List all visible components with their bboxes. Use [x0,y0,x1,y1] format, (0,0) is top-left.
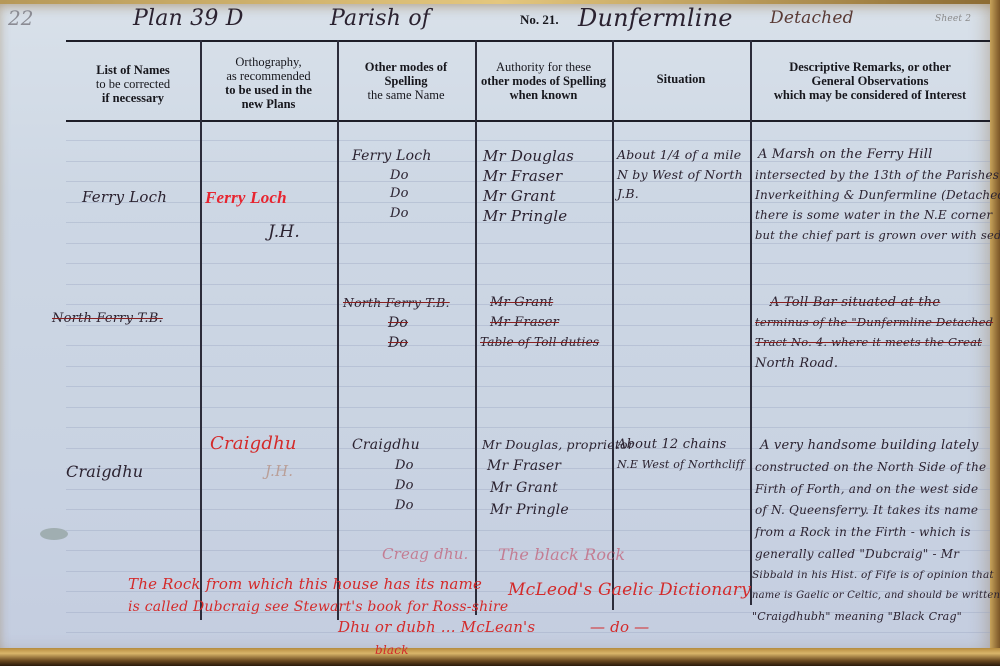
parish-name: Dunfermline [578,4,733,32]
remark-line: there is some water in the N.E corner [755,208,992,222]
remark-line: intersected by the 13th of the Parishes [755,168,999,182]
other-mode: Craigdhu [352,437,420,453]
situation: About 1/4 of a mile [617,147,741,162]
authority: Mr Grant [483,187,556,205]
footnote-line-3: Dhu or dubh ... McLean's [338,618,535,636]
other-mode: Do [388,315,468,331]
other-mode: Do [395,478,414,493]
table-top-rule [66,40,990,42]
other-mode: Do [390,168,409,183]
column-header-names: List of Names to be corrected if necessa… [66,63,200,105]
page-top-edge [0,0,1000,4]
authority: Table of Toll duties [480,335,599,349]
header-bottom-rule [66,120,990,122]
authority: Mr Fraser [490,315,559,330]
remark-line: of N. Queensferry. It takes its name [755,503,978,517]
column-divider [612,40,614,610]
other-mode: Do [390,206,409,221]
parish-label: Parish of [330,6,430,31]
authority: Mr Grant [490,295,553,310]
remark-line: name is Gaelic or Celtic, and should be … [752,590,1000,601]
column-header-authority: Authority for these other modes of Spell… [475,60,612,102]
authority: Mr Douglas [483,147,574,165]
column-divider [750,40,752,605]
entry-name: Craigdhu [66,462,143,481]
authority: Mr Douglas, proprietor [482,437,634,452]
remark-line: "Craigdhubh" meaning "Black Crag" [752,610,962,623]
authority: Mr Pringle [490,502,569,518]
remark-line: generally called "Dubcraig" - Mr [755,547,959,561]
column-header-orthography: Orthography, as recommended to be used i… [200,55,337,111]
ruled-line [66,407,990,408]
column-header-other-modes: Other modes of Spelling the same Name [337,60,475,102]
column-divider [200,40,202,620]
plan-reference: Plan 39 D [133,6,244,31]
ruled-line [66,284,990,285]
page-number: 22 [8,6,33,30]
sheet-number: No. 21. [520,12,559,28]
entry-name: North Ferry T.B. [52,311,163,326]
page-bottom-edge [0,648,1000,666]
gaelic-name-note: Creag dhu. [382,545,469,563]
entry-initials: J.H. [268,222,300,242]
authority: Mr Pringle [483,207,567,225]
footnote-line-1: The Rock from which this house has its n… [128,575,482,593]
other-mode: Do [390,186,409,201]
remark-line: Inverkeithing & Dunfermline (Detached) [755,188,1000,202]
ruled-line [66,263,990,264]
other-mode: Do [388,335,468,351]
ruled-line [66,366,990,367]
column-divider [337,40,339,620]
remark-line: North Road. [755,356,838,371]
remark-line: Sibbald in his Hist. of Fife is of opini… [752,569,994,581]
remark-line: A Toll Bar situated at the [770,295,940,310]
remark-line: Tract No. 4. where it meets the Great [755,335,982,349]
remark-line: from a Rock in the Firth - which is [755,525,971,539]
remark-line: constructed on the North Side of the [755,460,986,474]
ruled-line [66,386,990,387]
remark-line: A Marsh on the Ferry Hill [758,147,932,162]
other-mode: Do [395,498,414,513]
situation: N by West of North [617,167,743,182]
remark-line: Firth of Forth, and on the west side [755,482,978,496]
entry-orthography: Craigdhu [210,433,297,454]
other-mode: North Ferry T.B. [343,295,450,310]
column-header-situation: Situation [612,72,750,86]
english-meaning-note: The black Rock [498,545,625,564]
other-mode: Do [395,458,414,473]
authority: Mr Grant [490,480,558,496]
column-divider [475,40,477,615]
ruled-line [66,243,990,244]
remark-line: terminus of the "Dunfermline Detached [755,315,993,329]
authority: Mr Fraser [487,458,561,474]
authority: Mr Fraser [483,167,562,185]
remark-line: A very handsome building lately [760,438,979,453]
entry-name: Ferry Loch [82,188,167,206]
footnote-line-2: is called Dubcraig see Stewart's book fo… [128,599,508,615]
ruled-line [66,427,990,428]
ink-stain [40,528,68,540]
footnote-line-1-ref: McLeod's Gaelic Dictionary [508,580,751,600]
footnote-line-3-ditto: — do — [590,618,649,636]
situation: About 12 chains [617,437,727,452]
situation: N.E West of Northcliff [617,458,744,471]
other-mode: Ferry Loch [352,148,432,164]
situation: J.B. [617,186,639,201]
column-header-remarks: Descriptive Remarks, or other General Ob… [750,60,990,102]
entry-initials: J.H. [265,462,293,480]
parish-suffix: Detached [770,8,854,28]
page-right-edge [990,0,1000,666]
ruled-line [66,140,990,141]
corner-note: Sheet 2 [935,14,971,24]
remark-line: but the chief part is grown over with se… [755,228,1000,242]
entry-orthography: Ferry Loch [205,188,287,208]
footnote-line-4: black [375,643,409,657]
